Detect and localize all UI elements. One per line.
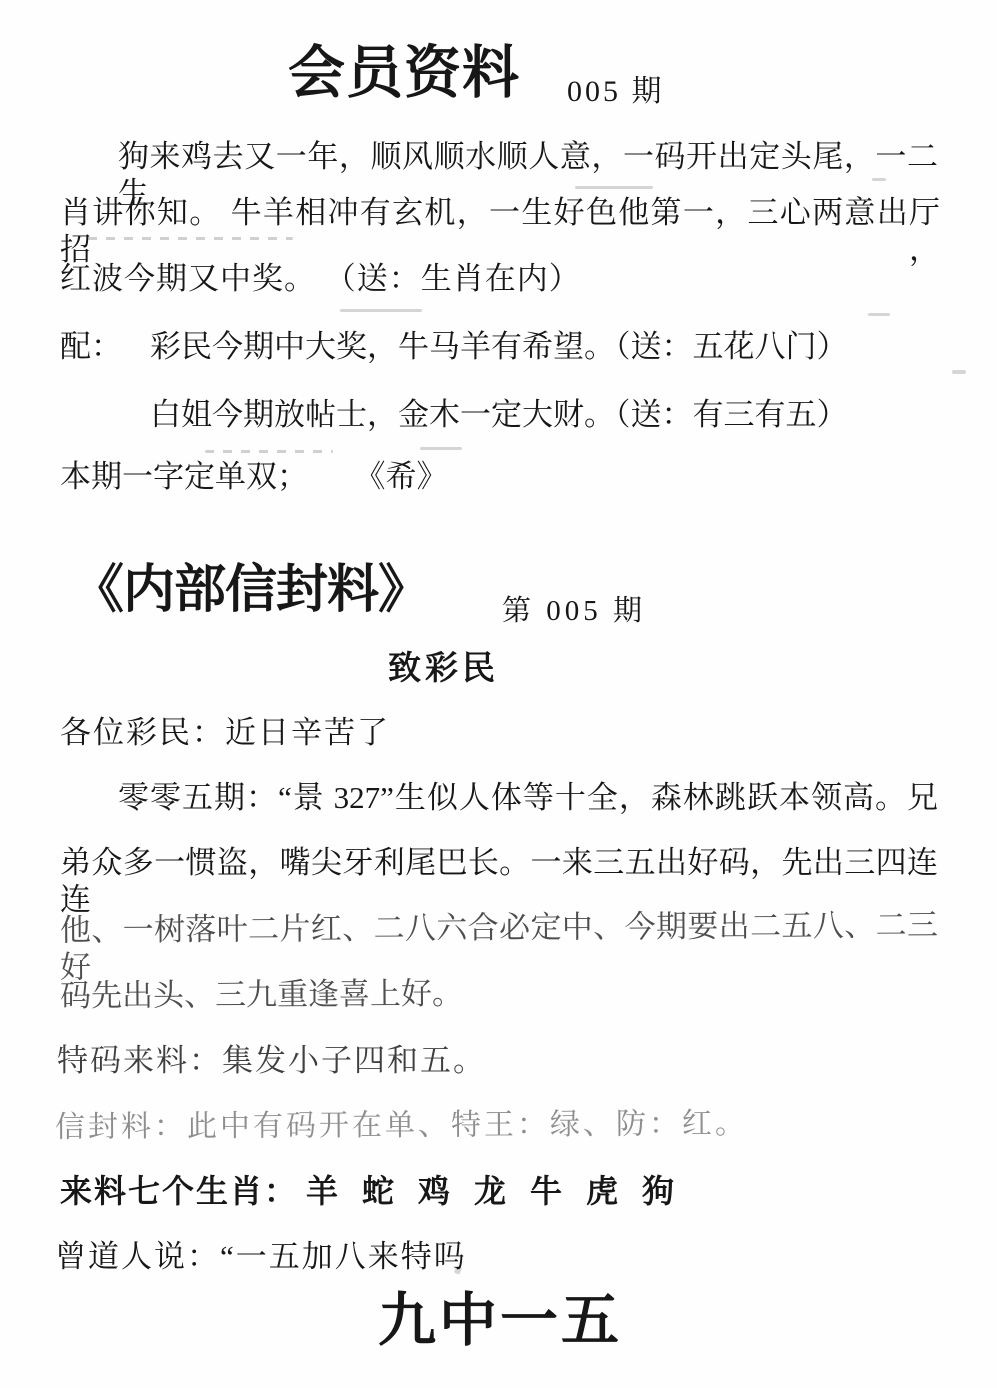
member-title: 会员资料	[288, 40, 520, 108]
scan-smudge	[205, 450, 333, 453]
single-double-text: 本期一字定单双；	[60, 459, 308, 494]
pei-label: 配：	[60, 328, 150, 365]
scanned-document-page: 会员资料 005 期 狗来鸡去又一年，顺风顺水顺人意，一码开出定头尾，一二生 肖…	[0, 0, 997, 1388]
pei-text: 彩民今期中大奖，牛马羊有希望。（送：五花八门）	[150, 329, 848, 364]
single-double-row: 本期一字定单双；《希》	[60, 458, 448, 495]
scan-smudge	[952, 370, 966, 374]
envelope-title: 《内部信封料》	[72, 560, 429, 622]
member-issue: 005 期	[567, 74, 665, 110]
footer-slogan: 九中一五	[378, 1286, 622, 1356]
envelope-issue: 第 005 期	[502, 594, 646, 629]
greeting-line: 各位彩民：近日辛苦了	[60, 714, 390, 751]
pei-line-2: 白姐今期放帖士，金木一定大财。（送：有三有五）	[150, 396, 848, 433]
scan-smudge	[340, 309, 422, 312]
single-double-answer: 《希》	[370, 459, 448, 494]
scan-smudge	[575, 186, 653, 189]
scan-smudge	[420, 447, 462, 450]
zodiac-animals: 羊 蛇 鸡 龙 牛 虎 狗	[306, 1173, 676, 1209]
scan-smudge	[868, 313, 890, 316]
zodiac-label: 来料七个生肖：	[60, 1173, 298, 1209]
scan-smudge	[88, 237, 293, 240]
scan-smudge	[872, 178, 886, 181]
special-code-line: 特码来料：集发小子四和五。	[57, 1042, 486, 1079]
pei-row: 配：彩民今期中大奖，牛马羊有希望。（送：五花八门）	[60, 328, 848, 365]
body-line-3: 他、一树落叶二片红、二八六合必定中、今期要出二五八、二三好	[60, 906, 938, 986]
faint-note-line: 信封料：此中有码开在单、特王：绿、防：红。	[55, 1106, 748, 1146]
zodiac-row: 来料七个生肖：羊 蛇 鸡 龙 牛 虎 狗	[60, 1172, 676, 1210]
poem-line-3: 红波今期又中奖。 （送：生肖在内）	[60, 260, 581, 297]
body-line-4: 码先出头、三九重逢喜上好。	[60, 975, 463, 1015]
envelope-subtitle: 致彩民	[388, 650, 499, 690]
body-line-1: 零零五期：“景 327”生似人体等十全，森林跳跃本领高。兄	[118, 779, 938, 816]
quote-line: 曾道人说：“一五加八来特吗	[55, 1238, 467, 1275]
poem-line-2: 肖讲你知。 牛羊相冲有玄机，一生好色他第一，三心两意出厅招，	[60, 194, 940, 268]
